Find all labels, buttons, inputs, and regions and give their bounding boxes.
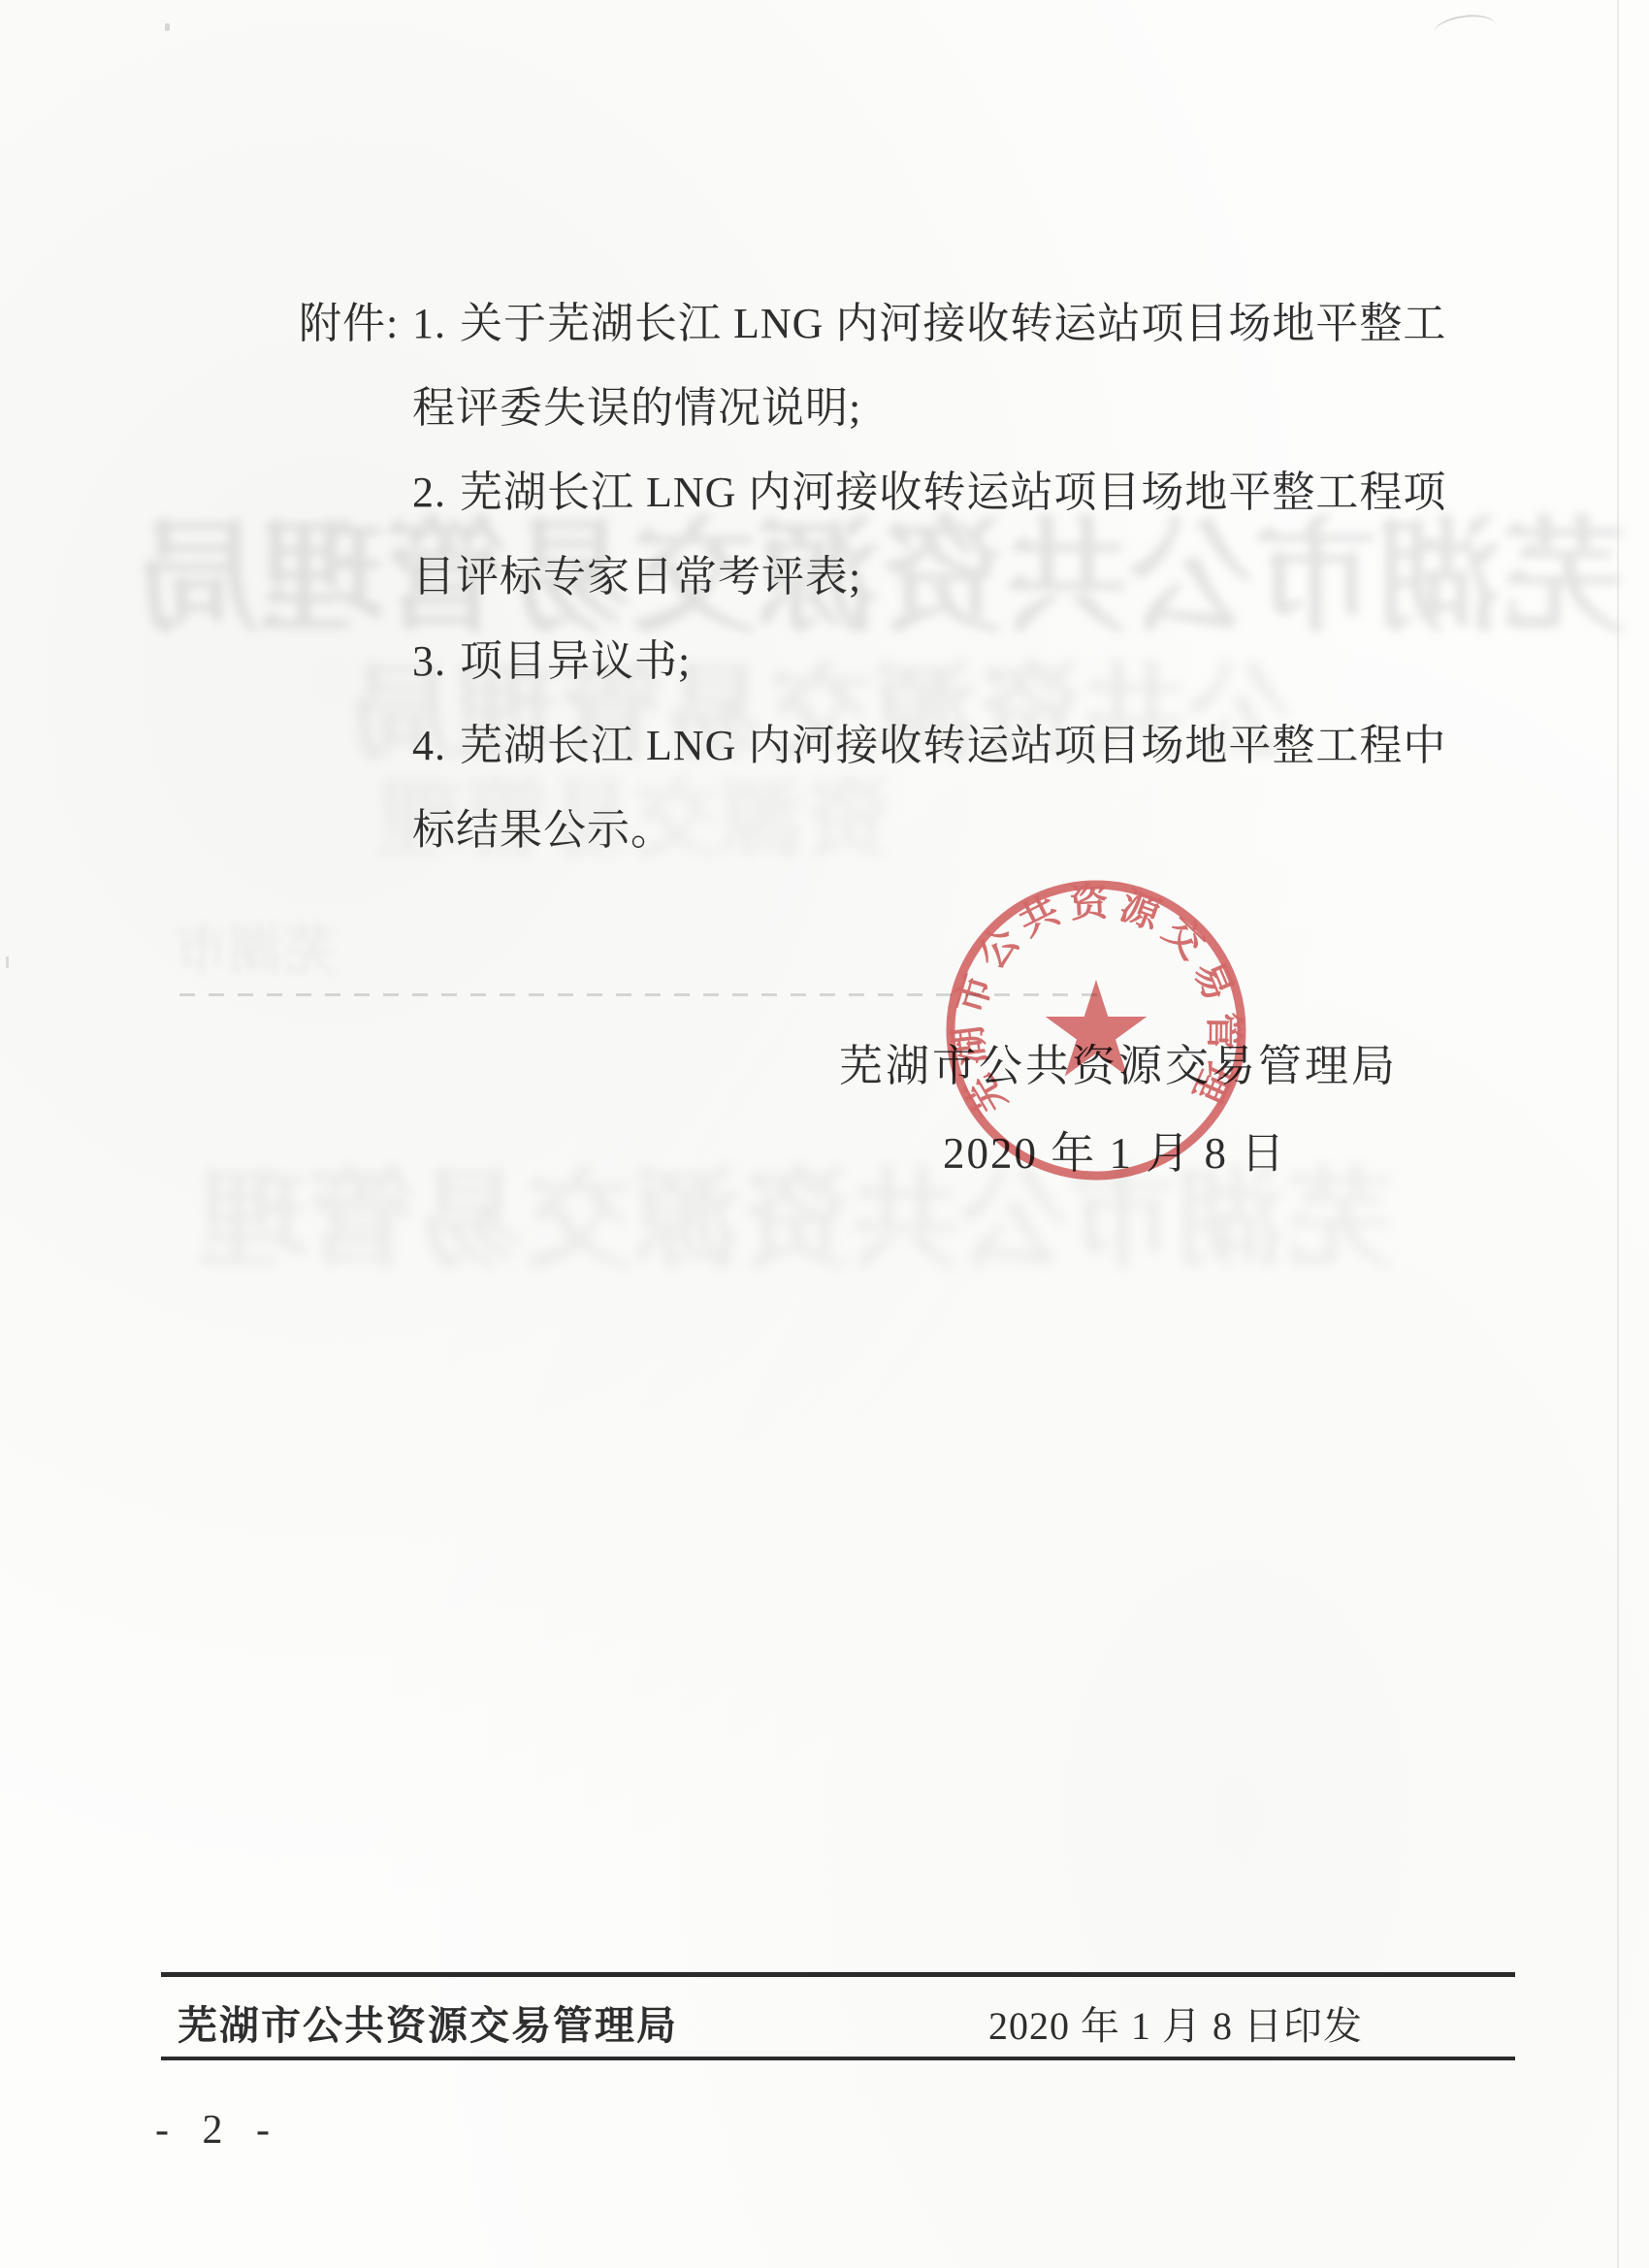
attachment-item-1-line-1: 1.关于芜湖长江 LNG 内河接收转运站项目场地平整工 bbox=[412, 281, 1431, 366]
attachment-item-2-line-2: 目评标专家日常考评表; bbox=[412, 535, 1431, 619]
footer-issuer: 芜湖市公共资源交易管理局 bbox=[178, 1993, 678, 2051]
scan-swirl-mark bbox=[1432, 12, 1497, 48]
item-text: 项目异议书; bbox=[460, 637, 691, 685]
item-text: 芜湖长江 LNG 内河接收转运站项目场地平整工程项 bbox=[460, 469, 1446, 516]
item-text: 芜湖长江 LNG 内河接收转运站项目场地平整工程中 bbox=[460, 722, 1446, 769]
footer-print-date: 2020 年 1 月 8 日印发 bbox=[988, 1995, 1363, 2051]
scan-speck bbox=[165, 23, 170, 31]
attachment-item-2-line-1: 2.芜湖长江 LNG 内河接收转运站项目场地平整工程项 bbox=[412, 450, 1431, 535]
item-number: 3. bbox=[412, 637, 460, 685]
signature-date: 2020 年 1 月 8 日 bbox=[943, 1118, 1286, 1181]
attachment-item-1-line-2: 程评委失误的情况说明; bbox=[412, 366, 1431, 450]
footer-rule-top bbox=[161, 1972, 1515, 1977]
footer-rule-bottom bbox=[161, 2057, 1515, 2060]
page-number: - 2 - bbox=[155, 2107, 281, 2154]
attachment-item-3: 3.项目异议书; bbox=[412, 619, 1431, 703]
attachment-item-4-line-2: 标结果公示。 bbox=[412, 788, 1431, 872]
item-number: 1. bbox=[412, 300, 460, 347]
item-number: 4. bbox=[412, 722, 460, 769]
scanner-edge-line bbox=[1617, 0, 1619, 2268]
attachment-item-4-line-1: 4.芜湖长江 LNG 内河接收转运站项目场地平整工程中 bbox=[412, 703, 1431, 788]
item-number: 2. bbox=[412, 469, 460, 516]
scan-speck bbox=[6, 956, 9, 968]
signature-agency: 芜湖市公共资源交易管理局 bbox=[839, 1030, 1398, 1093]
attachment-item-3-line-1: 3.项目异议书; bbox=[412, 619, 1431, 703]
attachment-item-1: 1.关于芜湖长江 LNG 内河接收转运站项目场地平整工 程评委失误的情况说明; bbox=[412, 281, 1431, 450]
attachment-label: 附件: bbox=[299, 281, 399, 366]
attachment-item-2: 2.芜湖长江 LNG 内河接收转运站项目场地平整工程项 目评标专家日常考评表; bbox=[412, 450, 1431, 619]
scan-streak bbox=[179, 993, 1111, 996]
scanned-document-page: 芜湖市公共资源交易管理局 公共资源交易管理局 资源交易管理 芜湖市公共资源交易管… bbox=[0, 0, 1649, 2268]
attachment-list: 附件: 1.关于芜湖长江 LNG 内河接收转运站项目场地平整工 程评委失误的情况… bbox=[412, 281, 1431, 872]
bleedthrough-ghost: 芜湖市 bbox=[175, 908, 338, 986]
item-text: 关于芜湖长江 LNG 内河接收转运站项目场地平整工 bbox=[460, 300, 1446, 347]
attachment-item-4: 4.芜湖长江 LNG 内河接收转运站项目场地平整工程中 标结果公示。 bbox=[412, 703, 1431, 872]
